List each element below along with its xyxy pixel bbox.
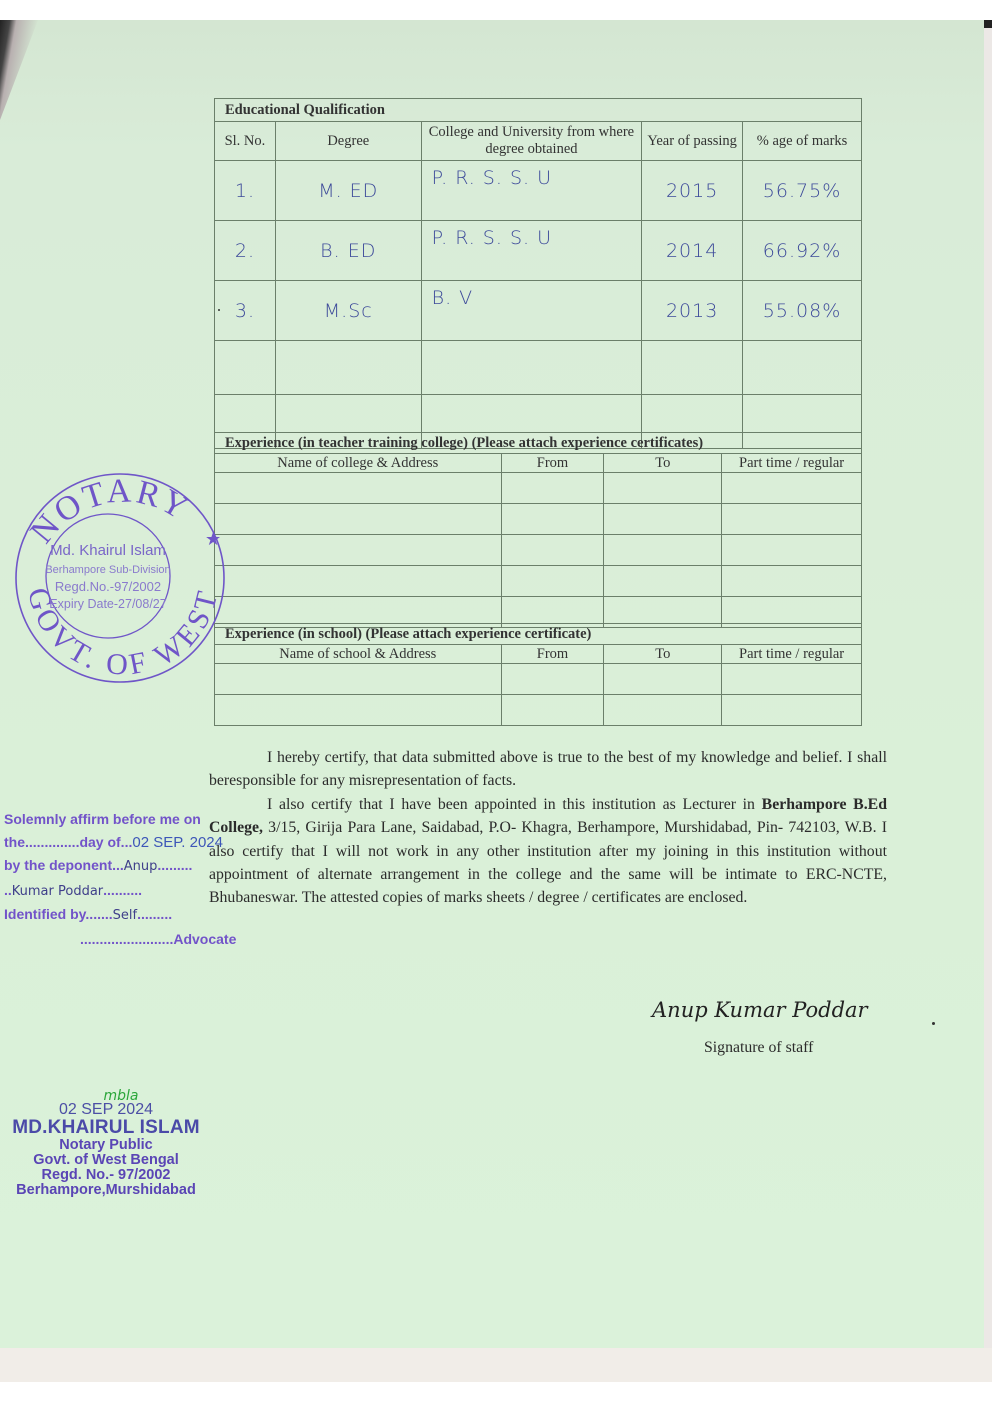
notary-name: MD.KHAIRUL ISLAM [6, 1118, 206, 1138]
name-cell [215, 566, 502, 597]
affirm-text: by the deponent... [4, 857, 124, 873]
year-cell: 2014 [642, 221, 743, 281]
sl-no-cell: 3. [215, 281, 276, 341]
column-header: College and University from where degree… [421, 122, 642, 161]
to-cell [604, 473, 722, 504]
column-header: From [501, 454, 604, 473]
marks-cell: 55.08% [743, 281, 862, 341]
college-cell: P. R. S. S. U [421, 161, 642, 221]
affirm-text: Identified by....... [4, 906, 113, 922]
star-icon: ★ [205, 529, 221, 549]
to-cell [604, 504, 722, 535]
to-cell [604, 566, 722, 597]
table-header-row: Name of college & Address From To Part t… [215, 454, 862, 473]
name-cell [215, 695, 502, 726]
paragraph-text: I also certify that I have been appointe… [267, 796, 762, 813]
table-row [215, 695, 862, 726]
name-cell [215, 664, 502, 695]
deponent-name: Anup [124, 859, 158, 874]
column-header: From [501, 645, 604, 664]
notary-title: Notary Public [6, 1138, 206, 1153]
table-row: 1. M. ED P. R. S. S. U 2015 56.75% [215, 161, 862, 221]
column-header: Year of passing [642, 122, 743, 161]
type-cell [722, 504, 862, 535]
marks-cell: 66.92% [743, 221, 862, 281]
sl-no-cell: 1. [215, 161, 276, 221]
table-row [215, 473, 862, 504]
column-header: Name of school & Address [215, 645, 502, 664]
notary-regd: Regd. No.- 97/2002 [6, 1168, 206, 1183]
type-cell [722, 664, 862, 695]
seal-regd: Regd.No.-97/2002 [55, 579, 161, 594]
column-header: To [604, 454, 722, 473]
column-header: % age of marks [743, 122, 862, 161]
to-cell [604, 664, 722, 695]
affirm-date: 02 SEP. 2024 [132, 834, 223, 851]
notary-place: Berhampore,Murshidabad [6, 1183, 206, 1198]
name-cell [215, 535, 502, 566]
sl-no-cell: 2. [215, 221, 276, 281]
from-cell [501, 504, 604, 535]
section-title: Experience (in teacher training college)… [215, 433, 862, 454]
column-header: To [604, 645, 722, 664]
affirm-line: ..Kumar Poddar.......... [4, 879, 236, 904]
degree-cell [275, 341, 421, 395]
declaration-paragraph-1: I hereby certify, that data submitted ab… [209, 746, 887, 793]
type-cell [722, 695, 862, 726]
table-row: 3. M.Sc B. V 2013 55.08% [215, 281, 862, 341]
type-cell [722, 473, 862, 504]
declaration-paragraph-2: I also certify that I have been appointe… [209, 793, 887, 910]
identifier: Self [113, 908, 137, 923]
column-header: Degree [275, 122, 421, 161]
affirm-line: Solemnly affirm before me on [4, 808, 236, 831]
year-cell [642, 341, 743, 395]
type-cell [722, 566, 862, 597]
paragraph-text: 3/15, Girija Para Lane, Saidabad, P.O- K… [209, 819, 887, 906]
degree-cell: M. ED [275, 161, 421, 221]
staff-signature: Anup Kumar Poddar [652, 998, 868, 1022]
section-title: Experience (in school) (Please attach ex… [215, 624, 862, 645]
marks-cell [743, 341, 862, 395]
column-header: Name of college & Address [215, 454, 502, 473]
college-cell: P. R. S. S. U [421, 221, 642, 281]
table-row [215, 535, 862, 566]
sl-no-cell [215, 341, 276, 395]
affirm-line: by the deponent...Anup......... [4, 854, 236, 879]
table-header-row: Sl. No. Degree College and University fr… [215, 122, 862, 161]
column-header: Part time / regular [722, 454, 862, 473]
seal-top-text: NOTARY [23, 472, 196, 550]
marks-cell: 56.75% [743, 161, 862, 221]
table-row [215, 504, 862, 535]
experience-school-table: Experience (in school) (Please attach ex… [214, 623, 862, 726]
seal-division: Berhampore Sub-Division [45, 564, 170, 576]
ink-speck [932, 1022, 935, 1025]
affirm-line: the..............day of...02 SEP. 2024 [4, 831, 236, 855]
educational-qualification-table: Educational Qualification Sl. No. Degree… [214, 98, 862, 449]
seal-expiry: Expiry Date-27/08/27 [49, 597, 166, 611]
table-header-row: Name of school & Address From To Part ti… [215, 645, 862, 664]
affirm-line: ........................Advocate [4, 928, 236, 951]
notary-public-stamp: mbla 02 SEP 2024 MD.KHAIRUL ISLAM Notary… [6, 1090, 206, 1198]
from-cell [501, 566, 604, 597]
from-cell [501, 535, 604, 566]
table-row [215, 341, 862, 395]
table-row [215, 566, 862, 597]
affirm-line: Identified by.......Self......... [4, 903, 236, 928]
college-cell [421, 341, 642, 395]
column-header: Sl. No. [215, 122, 276, 161]
to-cell [604, 695, 722, 726]
declaration: I hereby certify, that data submitted ab… [209, 746, 887, 910]
page-edge [984, 20, 992, 1350]
scan-margin [0, 1348, 992, 1382]
svg-text:NOTARY: NOTARY [23, 472, 196, 550]
experience-college-table: Experience (in teacher training college)… [214, 432, 862, 628]
seal-name: Md. Khairul Islam [50, 542, 166, 559]
name-cell [215, 473, 502, 504]
affirm-text: the..............day of... [4, 834, 132, 850]
notary-date: 02 SEP 2024 [6, 1102, 206, 1118]
year-cell: 2013 [642, 281, 743, 341]
to-cell [604, 535, 722, 566]
from-cell [501, 664, 604, 695]
ink-speck [218, 309, 220, 311]
from-cell [501, 695, 604, 726]
degree-cell: M.Sc [275, 281, 421, 341]
affirmation-stamp: Solemnly affirm before me on the........… [4, 808, 236, 950]
notary-seal-stamp: NOTARY GOVT. OF WEST BENGAL ★ Md. Khairu… [12, 463, 230, 691]
type-cell [722, 535, 862, 566]
table-row [215, 664, 862, 695]
column-header: Part time / regular [722, 645, 862, 664]
table-row: 2. B. ED P. R. S. S. U 2014 66.92% [215, 221, 862, 281]
signature-label: Signature of staff [704, 1039, 813, 1057]
section-title: Educational Qualification [215, 99, 862, 122]
from-cell [501, 473, 604, 504]
notary-govt: Govt. of West Bengal [6, 1153, 206, 1168]
deponent-name-cont: Kumar Poddar [12, 884, 103, 899]
college-cell: B. V [421, 281, 642, 341]
year-cell: 2015 [642, 161, 743, 221]
name-cell [215, 504, 502, 535]
degree-cell: B. ED [275, 221, 421, 281]
